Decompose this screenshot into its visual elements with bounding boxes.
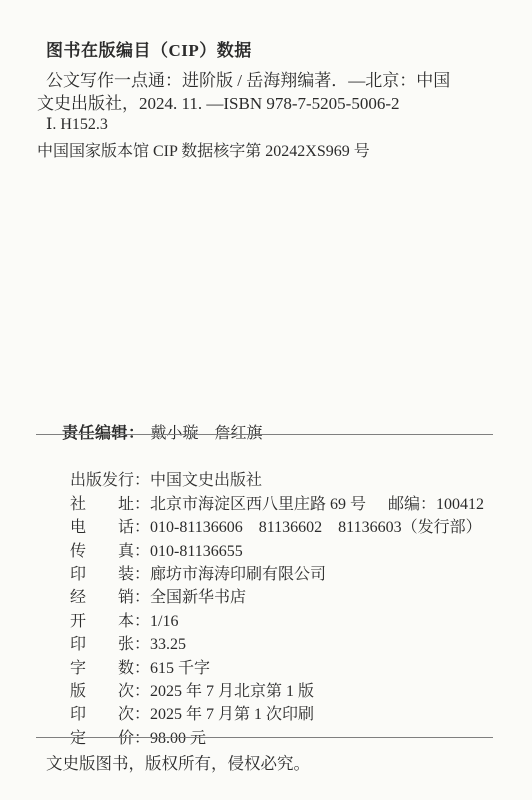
colophon-row-value: 全国新华书店 (150, 589, 246, 606)
colophon-row-label: 传 真： (70, 543, 150, 560)
colophon-row-label: 版 次： (70, 683, 150, 700)
colophon-row-value: 2025 年 7 月北京第 1 版 (150, 683, 314, 700)
copyright-notice: 文史版图书，版权所有，侵权必究。 (46, 750, 310, 774)
colophon-row-label: 印 次： (70, 706, 150, 723)
colophon-row-value: 010-81136655 (150, 543, 243, 560)
cip-description-line1: 公文写作一点通：进阶版 / 岳海翔编著．—北京：中国 (46, 66, 450, 91)
colophon-row-label: 出版发行： (70, 472, 150, 489)
colophon-row-value: 33.25 (150, 636, 186, 653)
colophon-row-label: 社 址： (70, 496, 150, 513)
cip-description-line2: 文史出版社，2024. 11. —ISBN 978-7-5205-5006-2 (37, 89, 400, 114)
colophon-row-value: 98.00 元 (150, 730, 206, 747)
colophon-row-value: 北京市海淀区西八里庄路 69 号 (150, 496, 366, 513)
cip-record-number: 中国国家版本馆 CIP 数据核字第 20242XS969 号 (37, 138, 370, 161)
divider-line-bottom (36, 737, 493, 738)
colophon-block: 出版发行：中国文史出版社 社 址：北京市海淀区西八里庄路 69 号邮编：1004… (46, 446, 496, 727)
colophon-row-label: 字 数： (70, 660, 150, 677)
cip-classification-code: Ⅰ. H152.3 (46, 114, 108, 134)
colophon-row-value: 中国文史出版社 (150, 472, 262, 489)
postal-code-label: 邮编： (388, 496, 436, 513)
colophon-row-value: 1/16 (150, 613, 178, 630)
colophon-row-value: 615 千字 (150, 660, 210, 677)
postal-code-value: 100412 (436, 496, 484, 513)
cip-heading: 图书在版编目（CIP）数据 (46, 36, 252, 61)
divider-line-top (36, 434, 493, 435)
colophon-row-label: 印 装： (70, 566, 150, 583)
colophon-row-value: 010-81136606 81136602 81136603（发行部） (150, 519, 482, 536)
colophon-row-value: 廊坊市海涛印刷有限公司 (150, 566, 326, 583)
colophon-row-label: 印 张： (70, 636, 150, 653)
colophon-row-label: 电 话： (70, 519, 150, 536)
colophon-row-publisher: 出版发行：中国文史出版社 (46, 446, 496, 469)
colophon-row-label: 开 本： (70, 613, 150, 630)
colophon-row-label: 定 价： (70, 730, 150, 747)
colophon-row-value: 2025 年 7 月第 1 次印刷 (150, 706, 314, 723)
copyright-page: 图书在版编目（CIP）数据 公文写作一点通：进阶版 / 岳海翔编著．—北京：中国… (0, 0, 532, 800)
colophon-row-label: 经 销： (70, 589, 150, 606)
